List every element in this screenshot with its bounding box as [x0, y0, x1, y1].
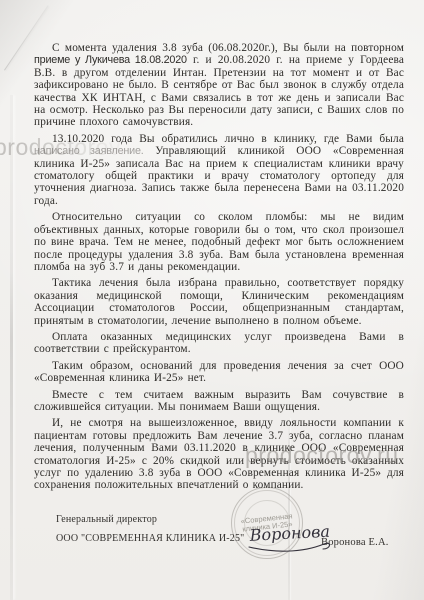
paragraph-7: Вместе с тем считаем важным выразить Вам…: [34, 389, 404, 414]
edited-text-segment-faded: написано заявление.: [34, 145, 144, 157]
paragraph-6: Таким образом, оснований для проведения …: [34, 360, 404, 385]
paragraph-3: Относительно ситуации со сколом пломбы: …: [34, 211, 404, 273]
signature-underline-swash: [249, 543, 330, 551]
paragraph-text: Оплата оказанных медицинских услуг произ…: [34, 331, 404, 355]
signatory-company: ООО "СОВРЕМЕННАЯ КЛИНИКА И-25": [56, 533, 244, 544]
handwritten-signature: Воронова: [246, 522, 342, 554]
paragraph-text: 13.10.2020 года Вы обратились лично в кл…: [52, 133, 404, 145]
paragraph-text: И, не смотря на вышеизложенное, ввиду ло…: [34, 417, 404, 491]
paragraph-text: Вместе с тем считаем важным выразить Вам…: [34, 389, 404, 413]
paragraph-text: Тактика лечения была избрана правильно, …: [34, 277, 404, 326]
paragraph-1: С момента удаления 3.8 зуба (06.08.2020г…: [34, 42, 404, 129]
letter-body: С момента удаления 3.8 зуба (06.08.2020г…: [34, 42, 404, 496]
paper-crease-left: [10, 95, 13, 600]
paragraph-8: И, не смотря на вышеизложенное, ввиду ло…: [34, 417, 404, 491]
scanned-letter-page: prodoctorov.ru prodoctorov.ru С момента …: [0, 0, 424, 600]
signatory-position: Генеральный директор: [56, 514, 157, 525]
paragraph-4: Тактика лечения была избрана правильно, …: [34, 277, 404, 327]
edited-text-segment: приеме у Лукичева 18.08.2020: [34, 54, 187, 66]
paragraph-2: 13.10.2020 года Вы обратились лично в кл…: [34, 133, 404, 207]
paragraph-5: Оплата оказанных медицинских услуг произ…: [34, 331, 404, 356]
paragraph-text: Таким образом, оснований для проведения …: [34, 360, 404, 384]
paragraph-text: Относительно ситуации со сколом пломбы: …: [34, 211, 404, 273]
signature-script-text: Воронова: [248, 522, 330, 545]
paragraph-text: С момента удаления 3.8 зуба (06.08.2020г…: [52, 42, 404, 54]
